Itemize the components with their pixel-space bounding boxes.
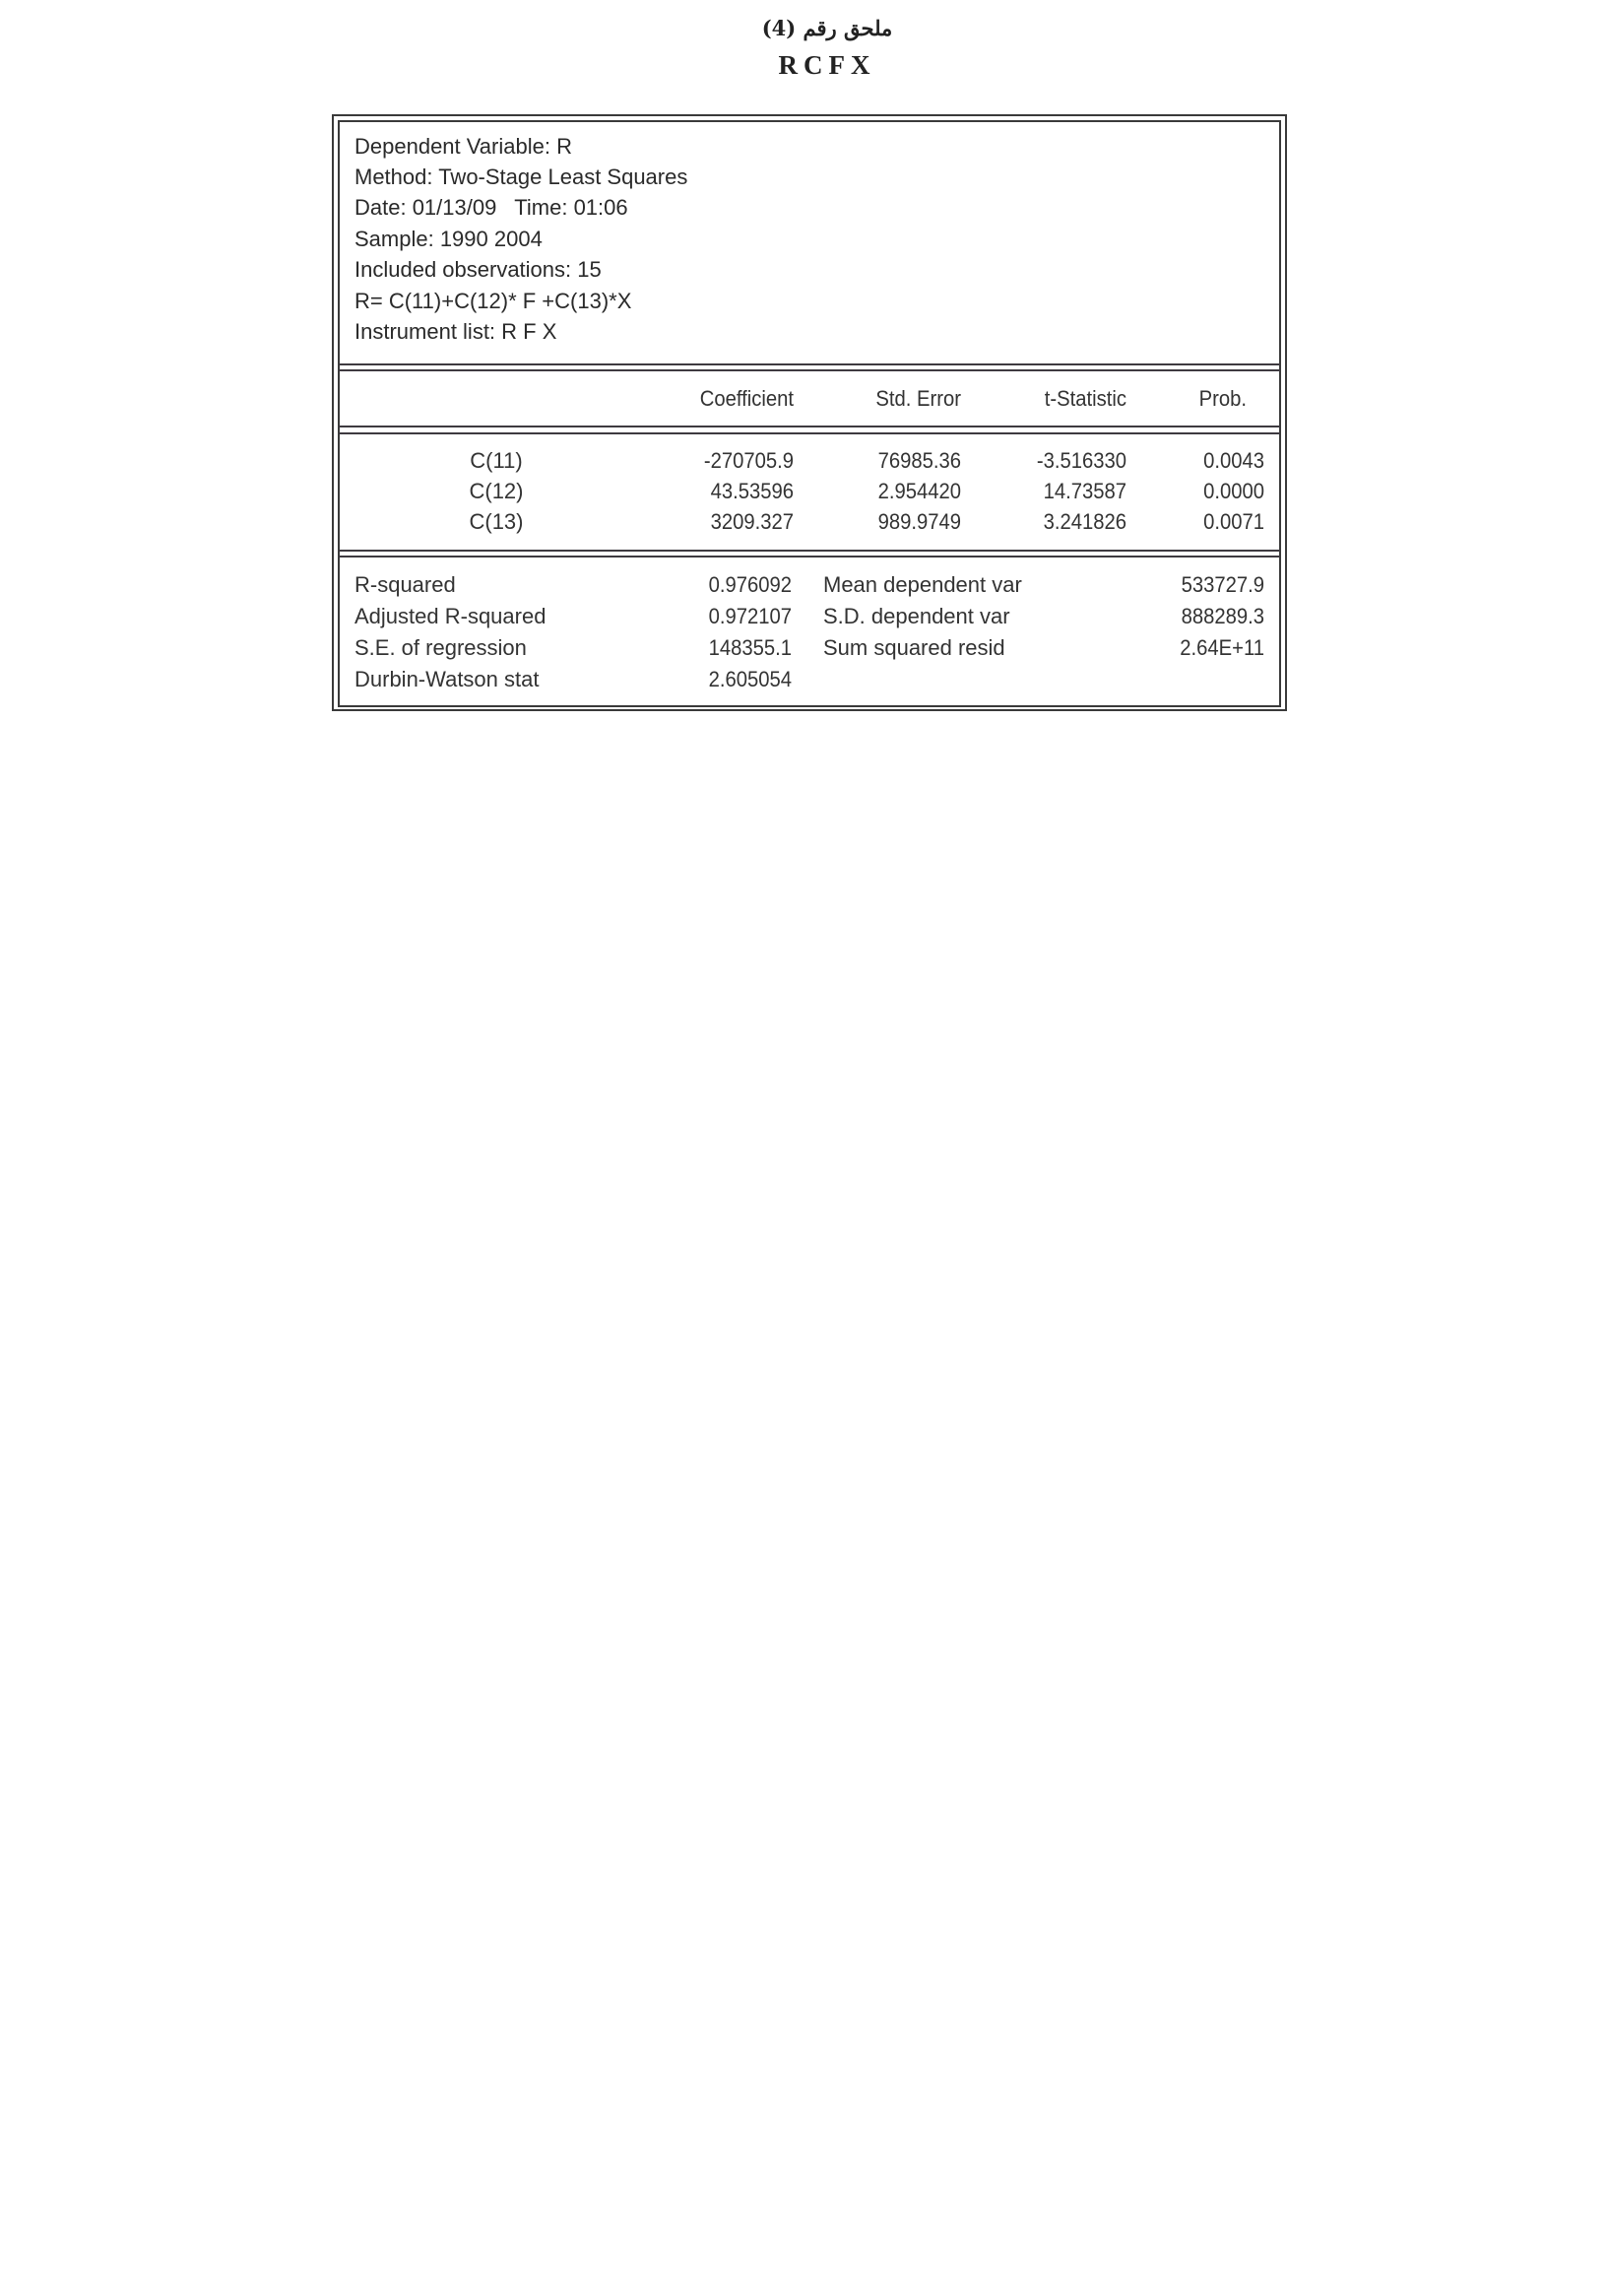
separator-stats-b	[339, 556, 1280, 558]
std-error-value: 76985.36	[780, 445, 961, 476]
stat-value: 148355.1	[611, 632, 792, 663]
stat-label: Sum squared resid	[823, 632, 1005, 663]
stat-label: Durbin-Watson stat	[354, 664, 539, 694]
sample: Sample: 1990 2004	[354, 224, 543, 255]
row-label: C(13)	[433, 506, 559, 537]
stat-label: S.E. of regression	[354, 632, 527, 663]
coefficient-value: 3209.327	[612, 506, 794, 537]
appendix-title: ملحق رقم (4)	[689, 14, 965, 43]
separator-header-b	[339, 432, 1280, 434]
stat-label: R-squared	[354, 569, 456, 600]
coefficient-value: -270705.9	[612, 445, 794, 476]
model-code-title: RCFX	[689, 49, 965, 81]
stat-value: 2.64E+11	[1083, 632, 1264, 663]
date-time: Date: 01/13/09 Time: 01:06	[354, 192, 628, 224]
std-error-value: 989.9749	[780, 506, 961, 537]
coefficient-value: 43.53596	[612, 476, 794, 506]
prob-value: 0.0071	[1083, 506, 1264, 537]
stat-value: 2.605054	[611, 664, 792, 694]
stat-value: 0.976092	[611, 569, 792, 600]
stat-label: Adjusted R-squared	[354, 601, 546, 631]
prob-value: 0.0000	[1083, 476, 1264, 506]
separator-top-b	[339, 369, 1280, 371]
equation: R= C(11)+C(12)* F +C(13)*X	[354, 286, 631, 317]
method: Method: Two-Stage Least Squares	[354, 162, 687, 193]
dependent-variable: Dependent Variable: R	[354, 131, 572, 163]
col-header-std-error: Std. Error	[780, 383, 961, 414]
separator-top-a	[339, 363, 1280, 365]
separator-header-a	[339, 426, 1280, 427]
std-error-value: 2.954420	[780, 476, 961, 506]
stat-value: 0.972107	[611, 601, 792, 631]
col-header-coefficient: Coefficient	[612, 383, 794, 414]
prob-value: 0.0043	[1083, 445, 1264, 476]
instrument-list: Instrument list: R F X	[354, 316, 556, 348]
row-label: C(12)	[433, 476, 559, 506]
included-observations: Included observations: 15	[354, 254, 602, 286]
stat-value: 888289.3	[1083, 601, 1264, 631]
col-header-prob: Prob.	[1065, 383, 1247, 414]
separator-stats-a	[339, 550, 1280, 552]
stat-label: Mean dependent var	[823, 569, 1022, 600]
stat-label: S.D. dependent var	[823, 601, 1010, 631]
row-label: C(11)	[433, 445, 559, 476]
stat-value: 533727.9	[1083, 569, 1264, 600]
